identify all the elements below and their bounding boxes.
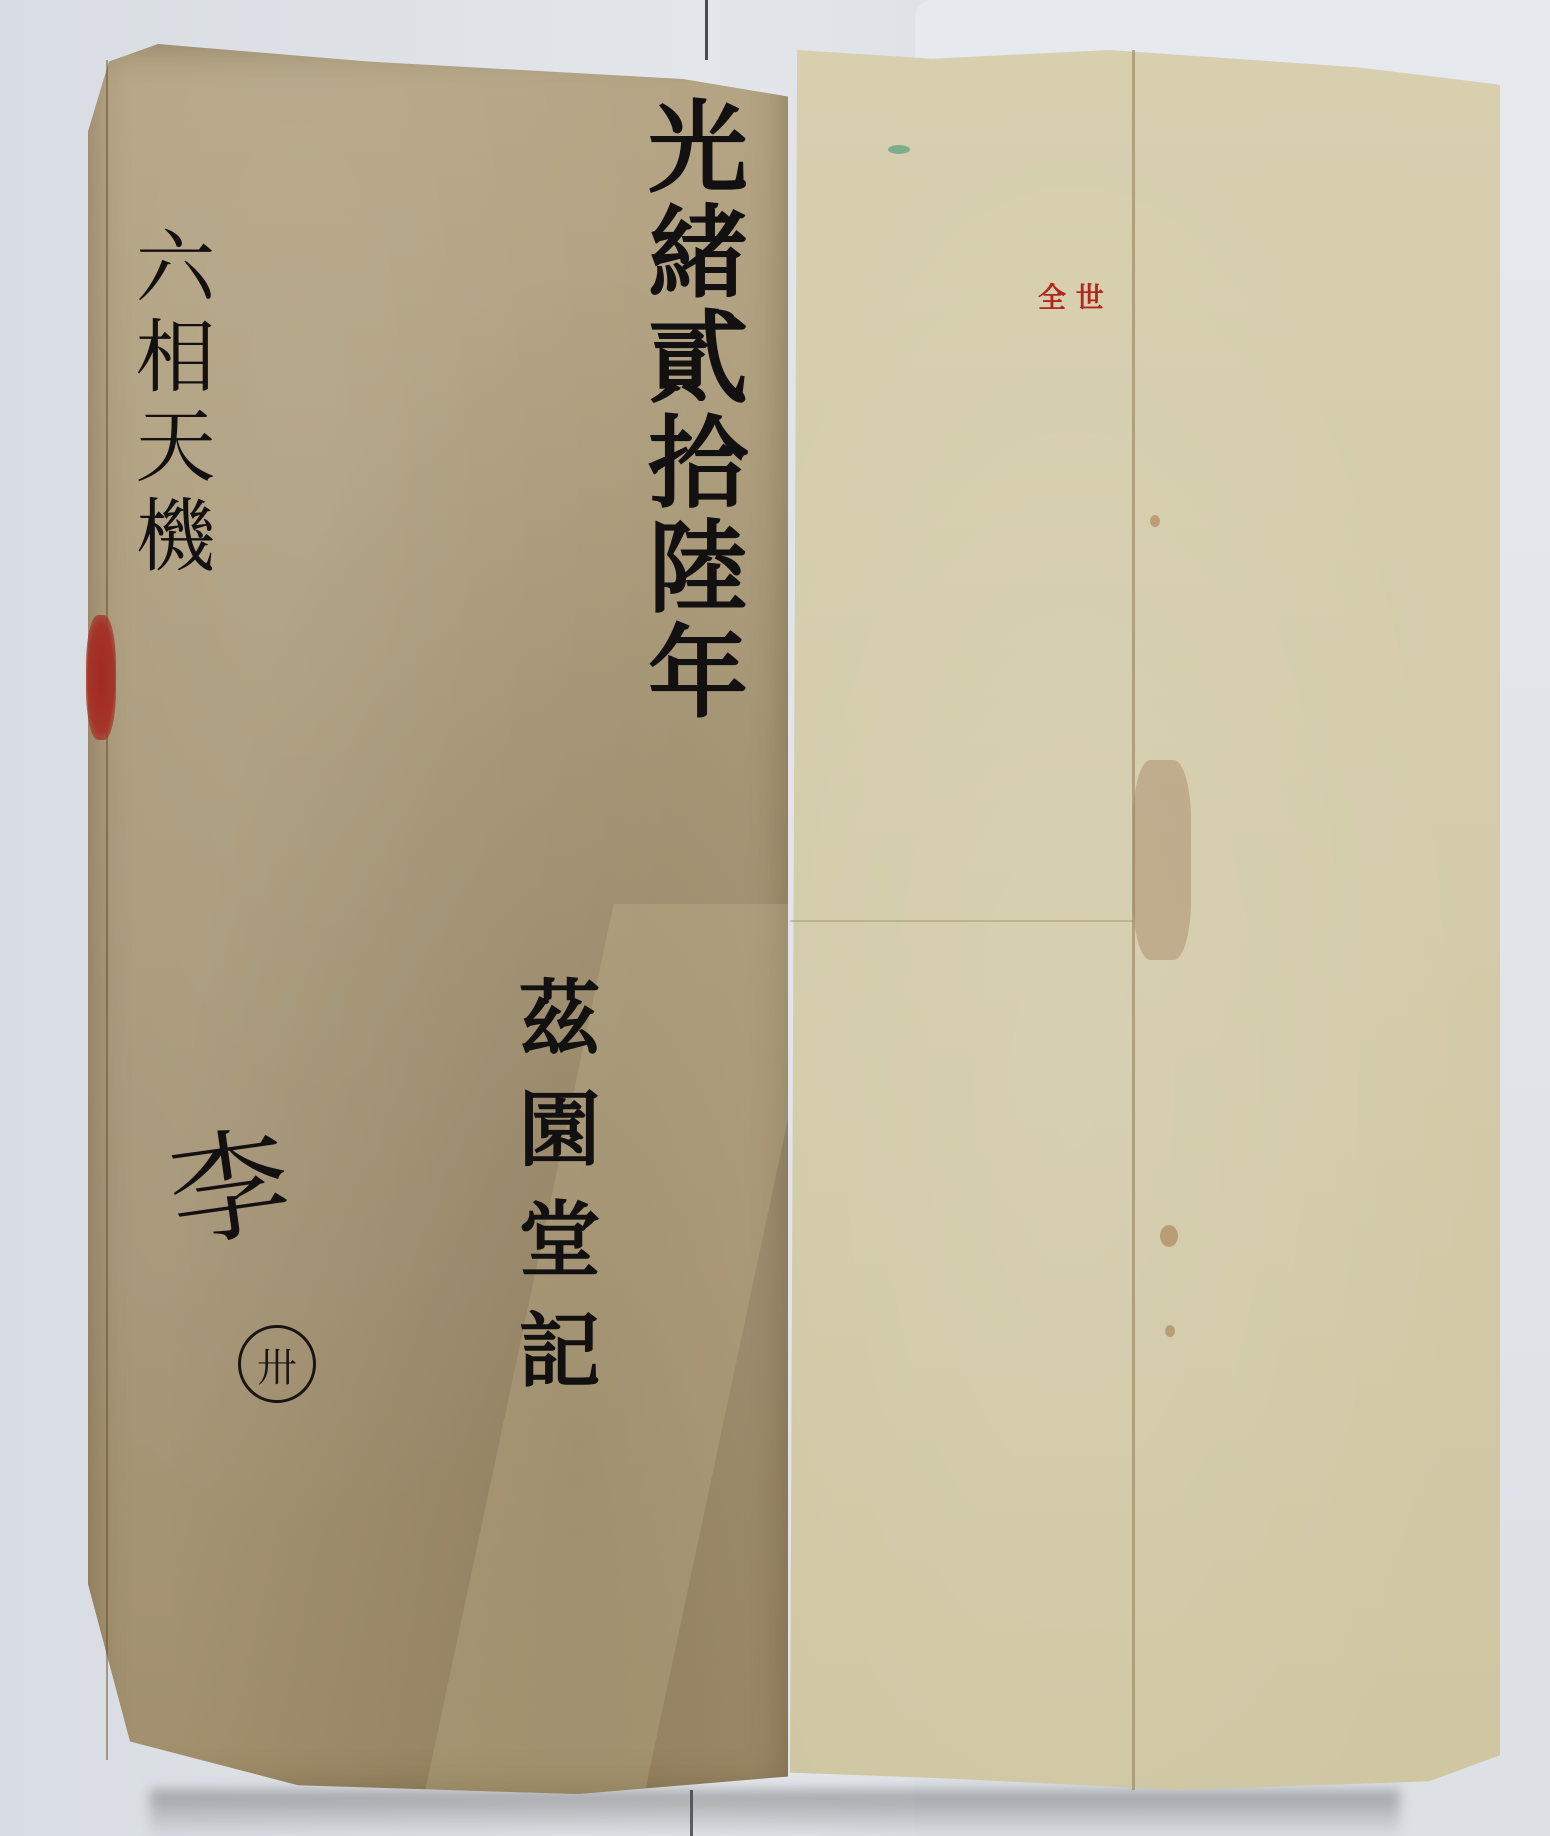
printed-red-mark: 全世 — [1038, 276, 1114, 316]
ink-spot — [888, 145, 910, 154]
cover-hall-name: 茲園堂記 — [512, 975, 594, 1418]
cover-book-title: 六相天機 — [128, 225, 208, 583]
foxing-spot — [1150, 515, 1160, 527]
owner-signature: 李 — [162, 1122, 298, 1258]
owner-mark-text: 卅 — [257, 1336, 297, 1393]
wall-seam — [705, 0, 708, 60]
binding-edge — [106, 60, 108, 1760]
foxing-spot — [1160, 1225, 1178, 1247]
water-stain — [1133, 760, 1191, 960]
foxing-spot — [1165, 1325, 1175, 1337]
cover-date-title: 光緒貳拾陸年 — [640, 95, 740, 725]
red-seal — [86, 615, 116, 740]
book-shadow — [150, 1790, 1400, 1836]
page-crease — [790, 920, 1133, 922]
owner-circled-mark: 卅 — [238, 1325, 316, 1403]
repair-tape — [422, 904, 833, 1804]
